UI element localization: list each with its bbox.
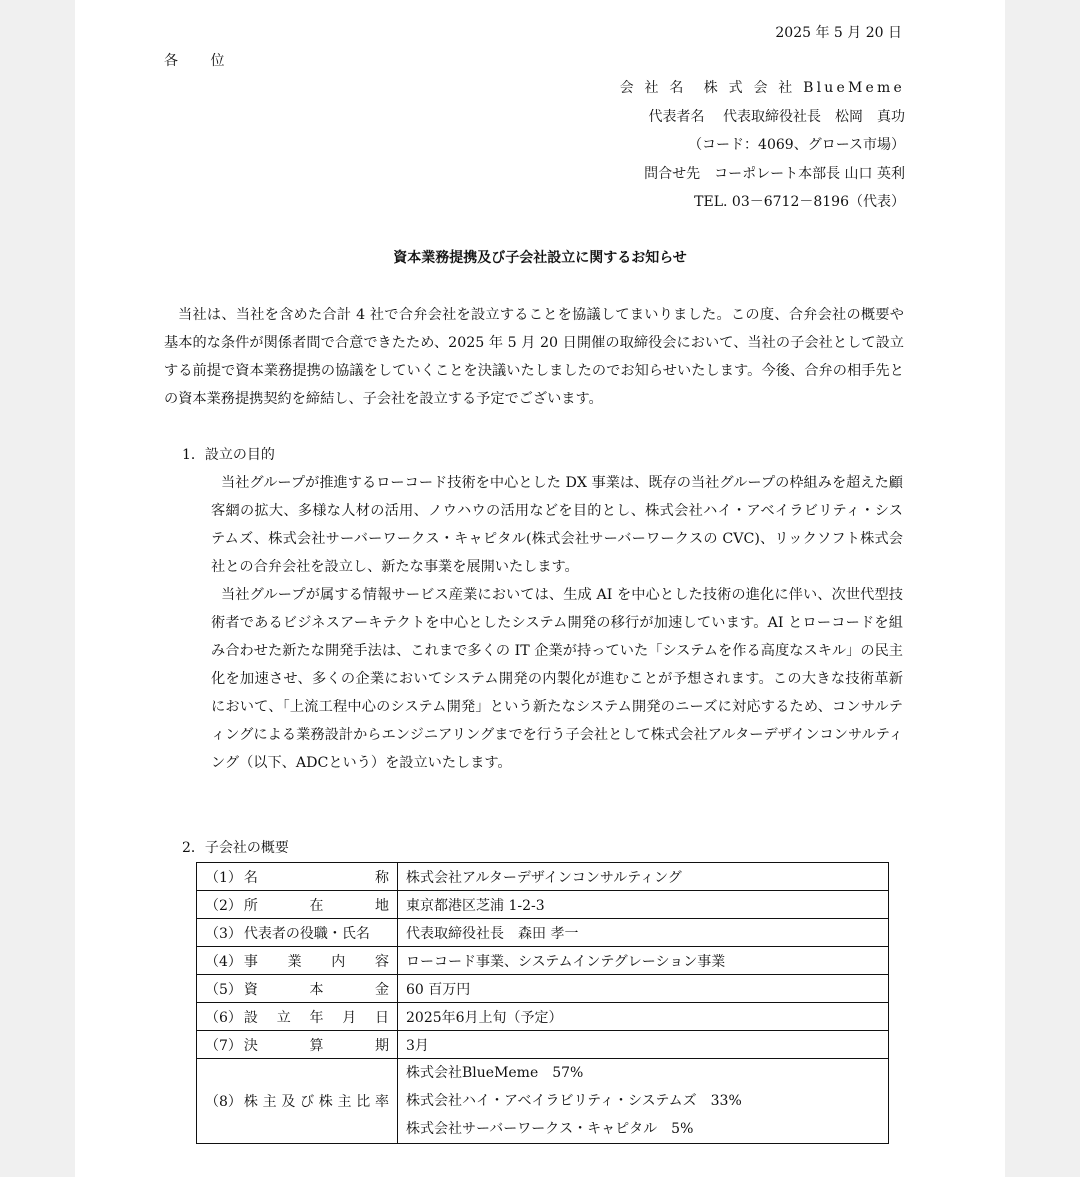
- row-label-text: び: [300, 1091, 314, 1111]
- row-label-text: 年: [309, 1007, 323, 1027]
- row-label-text: 所: [244, 895, 258, 915]
- table-row: （8）株主及び株主比率株式会社BlueMeme 57%株式会社ハイ・アベイラビリ…: [197, 1059, 889, 1144]
- row-label-text: 内: [331, 951, 345, 971]
- row-label-text: 金: [375, 979, 389, 999]
- row-value: 3月: [398, 1031, 889, 1059]
- row-label-text: 及: [281, 1091, 295, 1111]
- section-heading-purpose: 1．設立の目的: [182, 446, 275, 464]
- subsidiary-overview-table: （1）名称株式会社アルターデザインコンサルティング（2）所在地東京都港区芝浦 1…: [196, 862, 889, 1144]
- row-label-text: 本: [309, 979, 323, 999]
- document-title: 資本業務提携及び子会社設立に関するお知らせ: [75, 249, 1005, 267]
- row-number: （1）: [205, 867, 242, 887]
- table-row: （5）資本金60 百万円: [197, 975, 889, 1003]
- row-label: （6）設立年月日: [197, 1003, 398, 1031]
- row-number: （5）: [205, 979, 242, 999]
- shareholder-item: 株式会社サーバーワークス・キャピタル 5%: [406, 1115, 880, 1143]
- table-row: （1）名称株式会社アルターデザインコンサルティング: [197, 863, 889, 891]
- purpose-paragraph-1: 当社グループが推進するローコード技術を中心とした DX 事業は、既存の当社グルー…: [211, 469, 903, 581]
- row-label-text: 事: [244, 951, 258, 971]
- row-number: （7）: [205, 1035, 242, 1055]
- row-label-text: 期: [375, 1035, 389, 1055]
- document-date: 2025 年 5 月 20 日: [775, 24, 902, 42]
- row-label-text: 算: [309, 1035, 323, 1055]
- row-number: （6）: [205, 1007, 242, 1027]
- purpose-paragraph-2: 当社グループが属する情報サービス産業においては、生成 AI を中心とした技術の進…: [211, 581, 903, 777]
- company-name: 会 社 名 株 式 会 社 BlueMeme: [620, 79, 905, 97]
- shareholder-item: 株式会社ハイ・アベイラビリティ・システムズ 33%: [406, 1087, 880, 1115]
- row-label: （4）事業内容: [197, 947, 398, 975]
- table-row: （6）設立年月日2025年6月上旬（予定）: [197, 1003, 889, 1031]
- row-value: 60 百万円: [398, 975, 889, 1003]
- row-number: （8）: [205, 1091, 242, 1111]
- stock-code: （コード：4069、グロース市場）: [688, 136, 905, 154]
- row-label-text: 比: [356, 1091, 370, 1111]
- row-number: （4）: [205, 951, 242, 971]
- row-value: 東京都港区芝浦 1-2-3: [398, 891, 889, 919]
- table-row: （3）代表者の役職・氏名代表取締役社長 森田 孝一: [197, 919, 889, 947]
- row-value: 株式会社アルターデザインコンサルティング: [398, 863, 889, 891]
- row-label-text: 資: [244, 979, 258, 999]
- representative: 代表者名 代表取締役社長 松岡 真功: [649, 108, 905, 126]
- table-row: （2）所在地東京都港区芝浦 1-2-3: [197, 891, 889, 919]
- section-heading-overview: 2．子会社の概要: [182, 839, 289, 857]
- telephone: TEL. 03－6712－8196（代表）: [694, 193, 905, 211]
- row-label: （2）所在地: [197, 891, 398, 919]
- row-label: （5）資本金: [197, 975, 398, 1003]
- row-number: （3）: [205, 923, 242, 943]
- row-label: （8）株主及び株主比率: [197, 1059, 398, 1144]
- row-label-text: 地: [375, 895, 389, 915]
- row-number: （2）: [205, 895, 242, 915]
- row-label: （1）名称: [197, 863, 398, 891]
- table-row: （4）事業内容ローコード事業、システムインテグレーション事業: [197, 947, 889, 975]
- table-row: （7）決算期3月: [197, 1031, 889, 1059]
- intro-paragraph: 当社は、当社を含めた合計 4 社で合弁会社を設立することを協議してまいりました。…: [164, 301, 904, 413]
- row-label-text: 決: [244, 1035, 258, 1055]
- recipient: 各 位: [164, 52, 238, 70]
- row-label: （3）代表者の役職・氏名: [197, 919, 398, 947]
- row-label-text: 称: [375, 867, 389, 887]
- row-value: 代表取締役社長 森田 孝一: [398, 919, 889, 947]
- row-label-text: 月: [342, 1007, 356, 1027]
- row-label: （7）決算期: [197, 1031, 398, 1059]
- row-label-text: 業: [288, 951, 302, 971]
- row-value: 2025年6月上旬（予定）: [398, 1003, 889, 1031]
- row-label-text: 名: [244, 867, 258, 887]
- row-label-text: 主: [338, 1091, 352, 1111]
- row-label-text: 株: [319, 1091, 333, 1111]
- row-label-text: 日: [375, 1007, 389, 1027]
- shareholder-item: 株式会社BlueMeme 57%: [406, 1059, 880, 1087]
- row-label-text: 株: [244, 1091, 258, 1111]
- shareholders-list: 株式会社BlueMeme 57%株式会社ハイ・アベイラビリティ・システムズ 33…: [398, 1059, 889, 1144]
- contact-person: 問合せ先 コーポレート本部長 山口 英利: [644, 165, 905, 183]
- row-label-text: 立: [277, 1007, 291, 1027]
- row-label-text: 容: [375, 951, 389, 971]
- row-label-text: 設: [244, 1007, 258, 1027]
- row-label-text: 率: [375, 1091, 389, 1111]
- row-value: ローコード事業、システムインテグレーション事業: [398, 947, 889, 975]
- row-label-text: 主: [263, 1091, 277, 1111]
- row-label-text: 在: [309, 895, 323, 915]
- row-label-text: 代表者の役職・氏名: [244, 923, 370, 943]
- document-page: 2025 年 5 月 20 日 各 位 会 社 名 株 式 会 社 BlueMe…: [75, 0, 1005, 1177]
